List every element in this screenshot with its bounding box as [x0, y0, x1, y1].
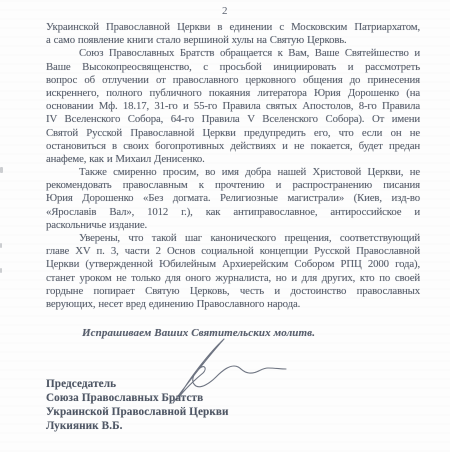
text-line: Ваше Высокопреосвященство, с просьбой ин… — [46, 61, 420, 74]
paragraph: Также смиренно просим, во имя добра наше… — [46, 166, 420, 232]
text-line: гордыне попирает Святую Церковь, честь и… — [46, 285, 420, 298]
text-line: IV Вселенского Собора, 64-го Правила V В… — [46, 113, 420, 126]
text-line: остановиться в своих богопротивных дейст… — [46, 140, 420, 153]
scan-artifact — [0, 243, 2, 248]
signer-church: Украинской Православной Церкви — [46, 405, 229, 419]
text-line: анафеме, как и Михаил Денисенко. — [46, 153, 420, 166]
text-line: «Ярославів Вал», 1012 г.), как антиправо… — [46, 206, 420, 219]
signer-organization: Союза Православных Братств — [46, 391, 229, 405]
signer-title: Председатель — [46, 377, 229, 391]
signer-name: Лукияник В.Б. — [46, 419, 229, 433]
signature-block: Председатель Союза Православных Братств … — [46, 377, 229, 433]
paragraph: Украинской Православной Церкви в единени… — [46, 21, 420, 47]
text-line: Святой Русской Православной Церкви преду… — [46, 127, 420, 140]
text-line: Также смиренно просим, во имя добра наше… — [46, 166, 420, 179]
paragraph: Союз Православных Братств обращается к В… — [46, 47, 420, 166]
text-line: станет уроком не только для оного журнал… — [46, 272, 420, 285]
text-line: главе XV п. 3, части 2 Основ социальной … — [46, 245, 420, 258]
letter-body: Украинской Православной Церкви в единени… — [46, 21, 420, 311]
text-line: вопрос об отлучении от православного цер… — [46, 74, 420, 87]
page-number: 2 — [0, 5, 450, 17]
text-line: Украинской Православной Церкви в единени… — [46, 21, 420, 34]
paragraph: Уверены, что такой шаг канонического пре… — [46, 232, 420, 311]
text-line: Церкви (утвержденной Юбилейным Архиерейс… — [46, 258, 420, 271]
scanned-letter-page: 2 Украинской Православной Церкви в едине… — [0, 0, 450, 452]
text-line: Союз Православных Братств обращается к В… — [46, 47, 420, 60]
text-line: искреннего, полного публичного покаяния … — [46, 87, 420, 100]
text-line: а само появление книги стало вершиной ху… — [46, 34, 420, 47]
text-line: рекомендовать православным к прочтению и… — [46, 179, 420, 192]
text-line: раскольничье издание. — [46, 219, 420, 232]
text-line: Уверены, что такой шаг канонического пре… — [46, 232, 420, 245]
text-line: верующих, несет вред единению Православн… — [46, 298, 420, 311]
scan-artifact — [0, 268, 2, 273]
text-line: Юрия Дорошенко «Без догмата. Религиозные… — [46, 192, 420, 205]
closing-line: Испрашиваем Ваших Святительских молитв. — [82, 327, 315, 339]
scan-artifact — [0, 167, 3, 173]
text-line: основании Мф. 18.17, 31-го и 55-го Прави… — [46, 100, 420, 113]
